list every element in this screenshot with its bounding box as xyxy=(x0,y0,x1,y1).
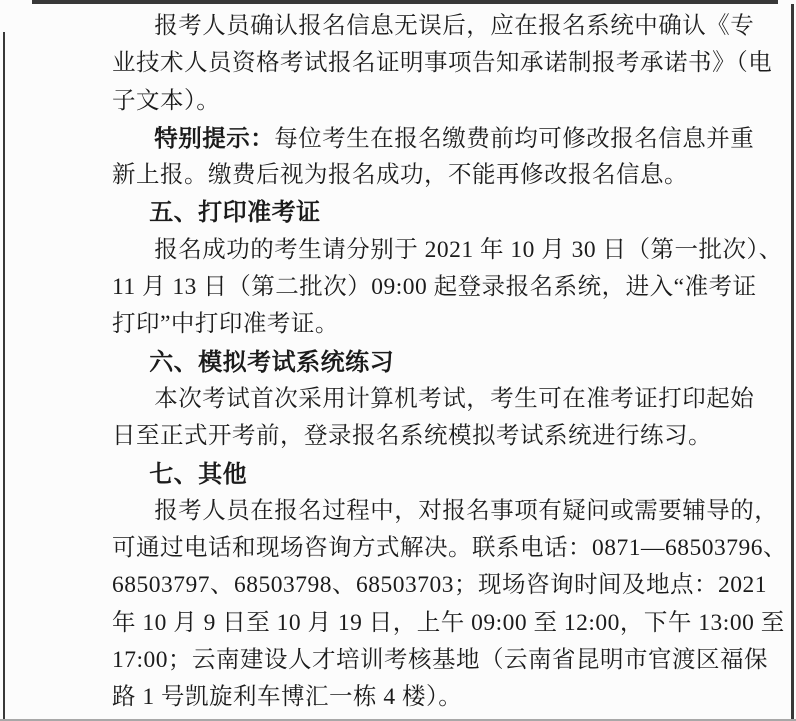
text-line: 报名成功的考生请分别于 2021 年 10 月 30 日（第一批次）、 xyxy=(112,232,774,269)
text-line: 11 月 13 日（第二批次）09:00 起登录报名系统，进入“准考证 xyxy=(112,269,774,306)
section-heading: 六、模拟考试系统练习 xyxy=(112,344,774,381)
text-line: 68503797、68503798、68503703；现场咨询时间及地点：202… xyxy=(112,567,774,604)
text-line: 日至正式开考前，登录报名系统模拟考试系统进行练习。 xyxy=(112,418,774,455)
text-line: 本次考试首次采用计算机考试，考生可在准考证打印起始 xyxy=(112,381,774,418)
text-after-prefix: 每位考生在报名缴费前均可修改报名信息并重 xyxy=(274,126,754,152)
text-line: 17:00；云南建设人才培训考核基地（云南省昆明市官渡区福保 xyxy=(112,642,774,679)
text-line: 可通过电话和现场咨询方式解决。联系电话：0871—68503796、 xyxy=(112,530,774,567)
text-line: 业技术人员资格考试报名证明事项告知承诺制报考承诺书》（电 xyxy=(112,45,774,82)
document-text-block: 报考人员确认报名信息无误后，应在报名系统中确认《专业技术人员资格考试报名证明事项… xyxy=(112,8,774,717)
text-line: 报考人员确认报名信息无误后，应在报名系统中确认《专 xyxy=(112,8,774,45)
section-heading: 七、其他 xyxy=(112,456,774,493)
text-line: 路 1 号凯旋利车博汇一栋 4 楼）。 xyxy=(112,679,774,716)
scan-edge-left xyxy=(3,32,5,721)
text-line: 新上报。缴费后视为报名成功，不能再修改报名信息。 xyxy=(112,157,774,194)
bold-prefix: 特别提示： xyxy=(154,125,274,151)
text-line: 报考人员在报名过程中，对报名事项有疑问或需要辅导的， xyxy=(112,493,774,530)
document-page: 报考人员确认报名信息无误后，应在报名系统中确认《专业技术人员资格考试报名证明事项… xyxy=(0,0,796,721)
text-line: 特别提示：每位考生在报名缴费前均可修改报名信息并重 xyxy=(112,120,774,157)
section-heading: 五、打印准考证 xyxy=(112,194,774,231)
text-line: 打印”中打印准考证。 xyxy=(112,306,774,343)
text-line: 年 10 月 9 日至 10 月 19 日，上午 09:00 至 12:00，下… xyxy=(112,605,774,642)
scan-edge-right xyxy=(791,4,794,721)
scan-edge-top xyxy=(32,0,778,4)
text-line: 子文本）。 xyxy=(112,83,774,120)
